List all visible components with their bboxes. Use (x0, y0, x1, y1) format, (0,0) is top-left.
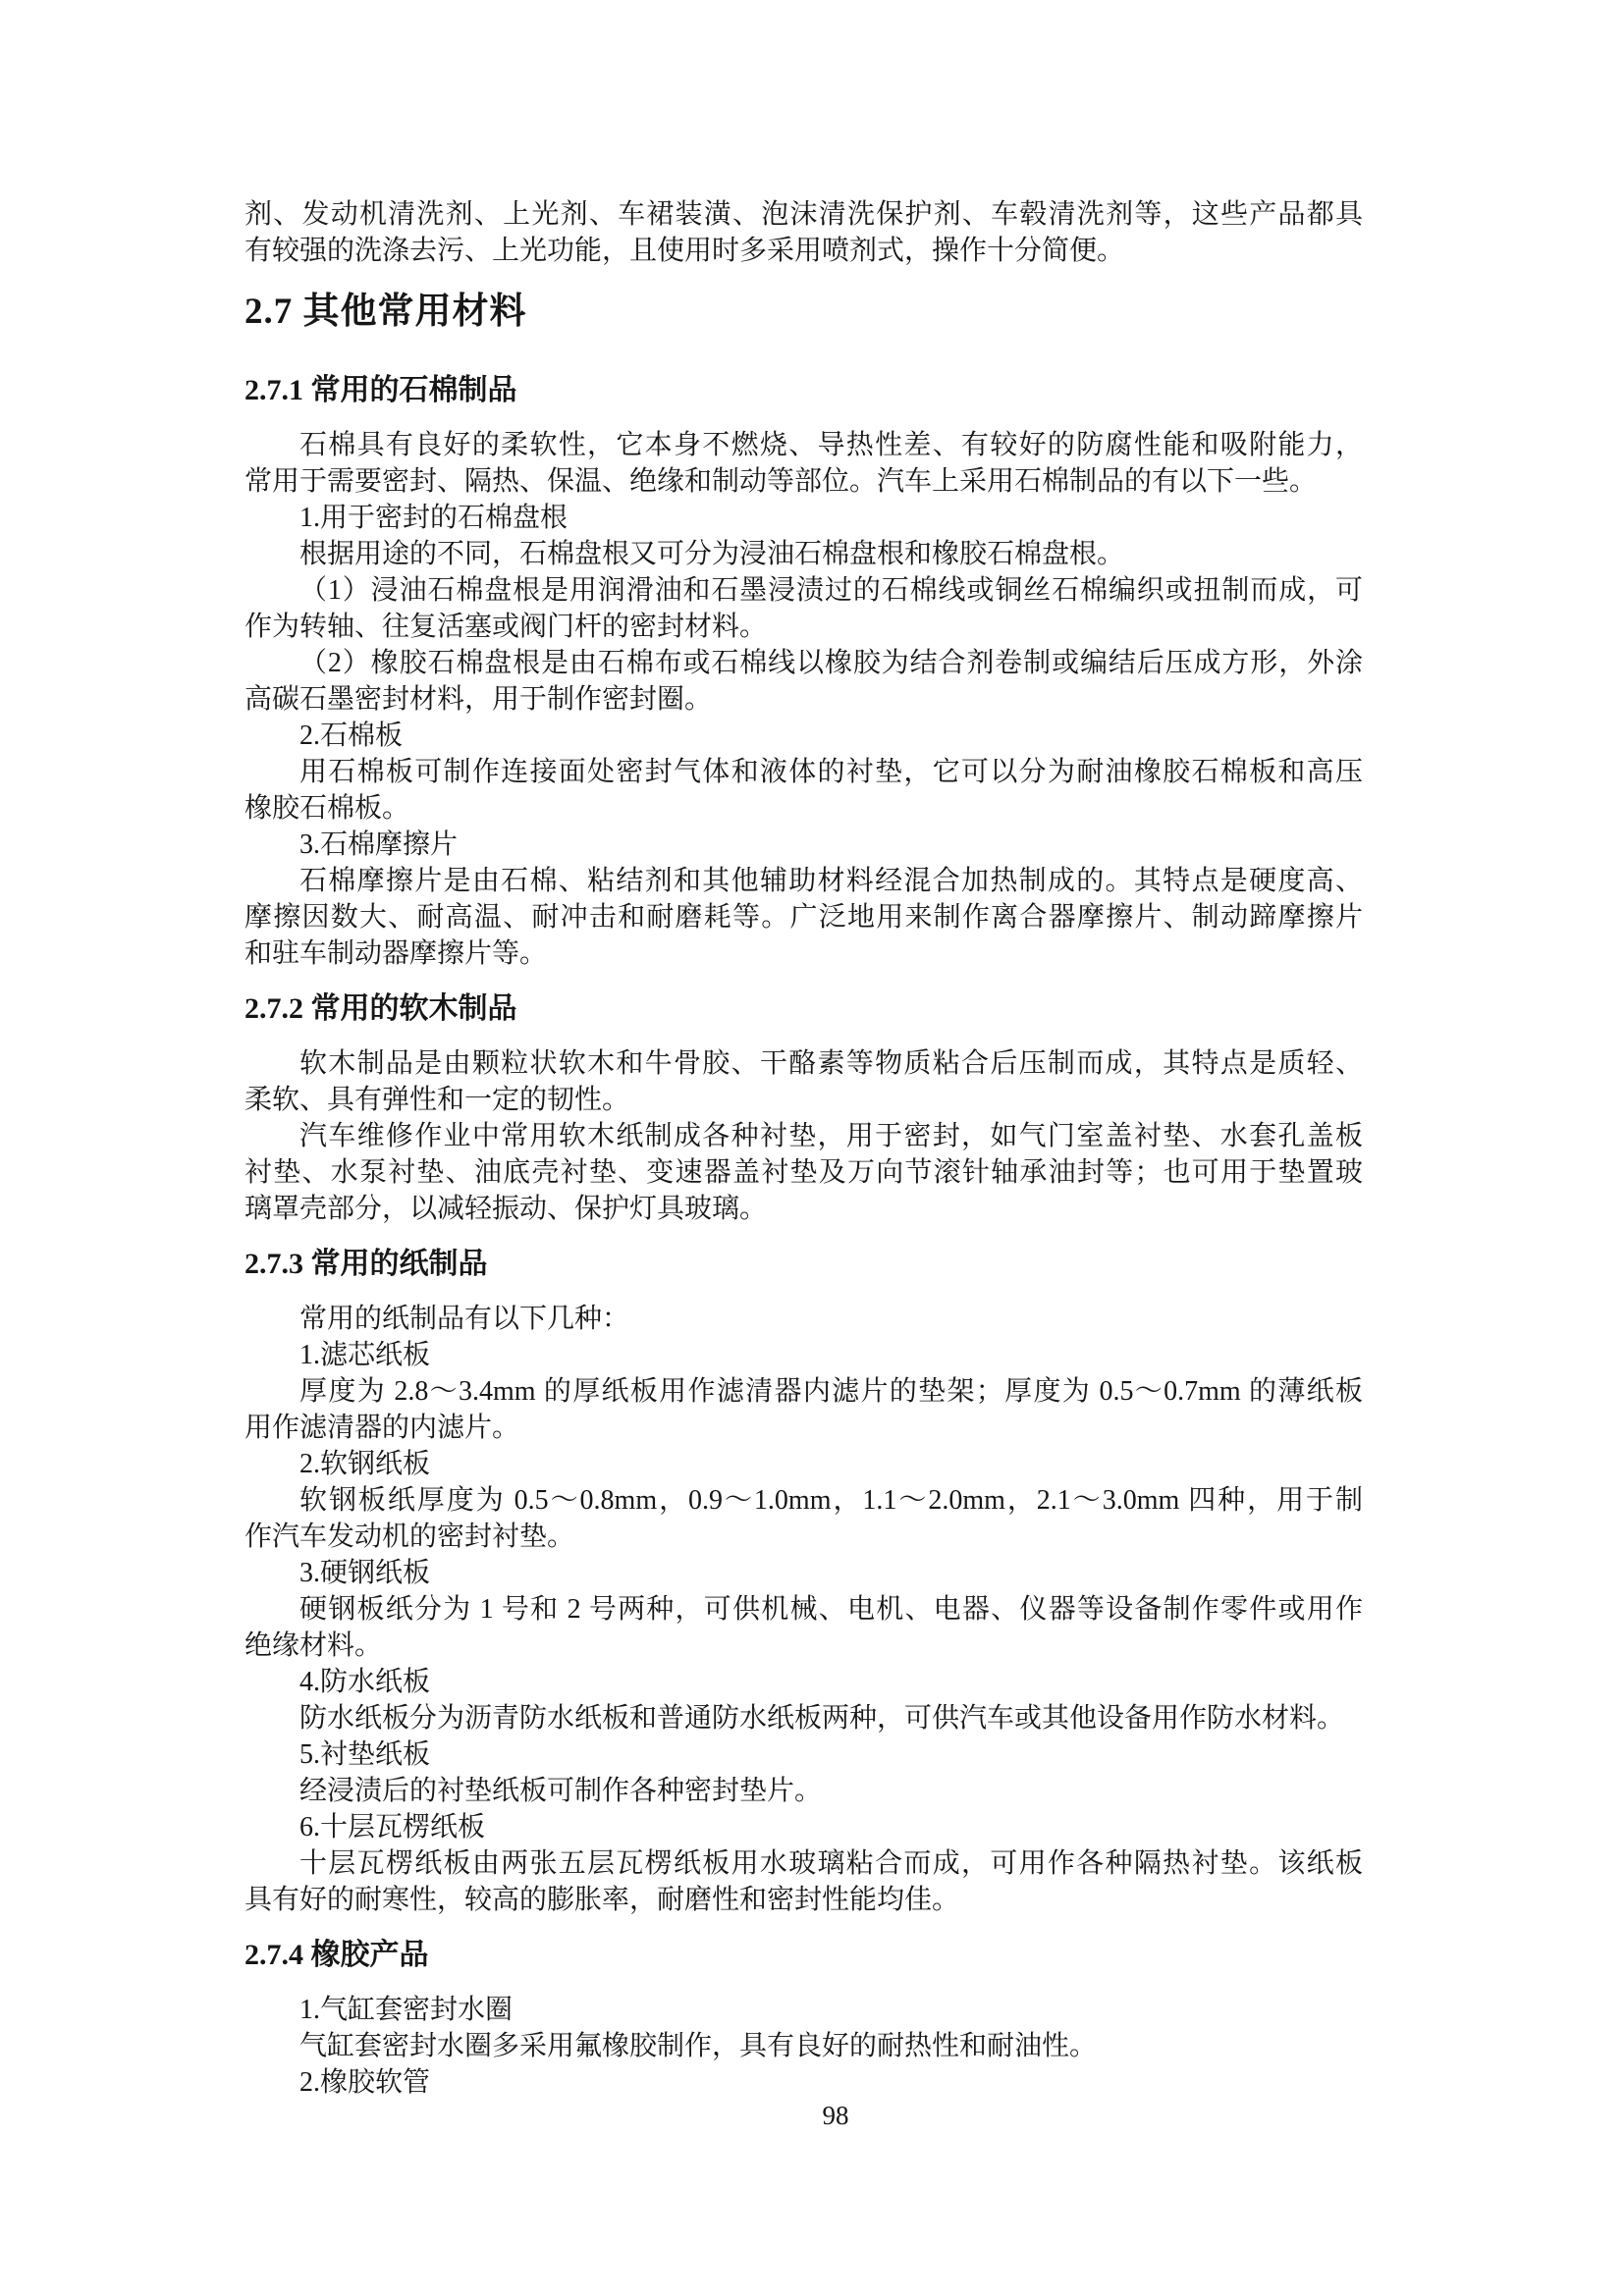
body-line: 1.用于密封的石棉盘根 (244, 500, 1363, 536)
body-line: 3.硬钢纸板 (244, 1555, 1363, 1591)
body-line: 摩擦因数大、耐高温、耐冲击和耐磨耗等。广泛地用来制作离合器摩擦片、制动蹄摩擦片 (244, 899, 1363, 935)
page-number: 98 (791, 2101, 880, 2130)
body-line: 有较强的洗涤去污、上光功能，且使用时多采用喷剂式，操作十分简便。 (244, 233, 1363, 269)
body-line: 2.橡胶软管 (244, 2064, 1363, 2101)
body-line: 3.石棉摩擦片 (244, 827, 1363, 863)
body-line: 用作滤清器的内滤片。 (244, 1410, 1363, 1446)
body-line: 和驻车制动器摩擦片等。 (244, 935, 1363, 972)
body-line: 软木制品是由颗粒状软木和牛骨胶、干酪素等物质粘合后压制而成，其特点是质轻、 (244, 1045, 1363, 1082)
body-line: 用石棉板可制作连接面处密封气体和液体的衬垫，它可以分为耐油橡胶石棉板和高压 (244, 754, 1363, 790)
body-line: 常用于需要密封、隔热、保温、绝缘和制动等部位。汽车上采用石棉制品的有以下一些。 (244, 463, 1363, 500)
body-line: 十层瓦楞纸板由两张五层瓦楞纸板用水玻璃粘合而成，可用作各种隔热衬垫。该纸板 (244, 1845, 1363, 1882)
body-line: 5.衬垫纸板 (244, 1736, 1363, 1773)
document-page: 剂、发动机清洗剂、上光剂、车裙装潢、泡沫清洗保护剂、车毂清洗剂等，这些产品都具有… (0, 0, 1624, 2296)
subsection-title: 2.7.3 常用的纸制品 (244, 1244, 1363, 1285)
body-line: 4.防水纸板 (244, 1664, 1363, 1700)
body-line: 经浸渍后的衬垫纸板可制作各种密封垫片。 (244, 1773, 1363, 1809)
body-line: 2.软钢纸板 (244, 1446, 1363, 1482)
body-line: 高碳石墨密封材料，用于制作密封圈。 (244, 681, 1363, 718)
body-line: 橡胶石棉板。 (244, 790, 1363, 827)
body-line: 1.气缸套密封水圈 (244, 1992, 1363, 2028)
subsection-title: 2.7.4 橡胶产品 (244, 1935, 1363, 1976)
body-line: 石棉具有良好的柔软性，它本身不燃烧、导热性差、有较好的防腐性能和吸附能力， (244, 427, 1363, 463)
body-line: 根据用途的不同，石棉盘根又可分为浸油石棉盘根和橡胶石棉盘根。 (244, 536, 1363, 572)
body-line: 柔软、具有弹性和一定的韧性。 (244, 1082, 1363, 1118)
subsection-title: 2.7.2 常用的软木制品 (244, 988, 1363, 1030)
body-line: 气缸套密封水圈多采用氟橡胶制作，具有良好的耐热性和耐油性。 (244, 2028, 1363, 2064)
body-line: 璃罩壳部分，以减轻振动、保护灯具玻璃。 (244, 1191, 1363, 1227)
body-line: 6.十层瓦楞纸板 (244, 1809, 1363, 1845)
body-line: 作汽车发动机的密封衬垫。 (244, 1519, 1363, 1555)
body-line: 防水纸板分为沥青防水纸板和普通防水纸板两种，可供汽车或其他设备用作防水材料。 (244, 1700, 1363, 1736)
body-line: 具有好的耐寒性，较高的膨胀率，耐磨性和密封性能均佳。 (244, 1882, 1363, 1918)
body-line: 剂、发动机清洗剂、上光剂、车裙装潢、泡沫清洗保护剂、车毂清洗剂等，这些产品都具 (244, 196, 1363, 233)
body-line: 作为转轴、往复活塞或阀门杆的密封材料。 (244, 609, 1363, 645)
body-line: 1.滤芯纸板 (244, 1337, 1363, 1373)
body-line: 衬垫、水泵衬垫、油底壳衬垫、变速器盖衬垫及万向节滚针轴承油封等；也可用于垫置玻 (244, 1154, 1363, 1191)
body-line: 2.石棉板 (244, 718, 1363, 754)
body-line: 绝缘材料。 (244, 1628, 1363, 1664)
body-line: 石棉摩擦片是由石棉、粘结剂和其他辅助材料经混合加热制成的。其特点是硬度高、 (244, 863, 1363, 899)
body-line: （2）橡胶石棉盘根是由石棉布或石棉线以橡胶为结合剂卷制或编结后压成方形，外涂 (244, 645, 1363, 681)
body-line: 厚度为 2.8～3.4mm 的厚纸板用作滤清器内滤片的垫架；厚度为 0.5～0.… (244, 1373, 1363, 1410)
body-line: 汽车维修作业中常用软木纸制成各种衬垫，用于密封，如气门室盖衬垫、水套孔盖板 (244, 1118, 1363, 1154)
page-content: 剂、发动机清洗剂、上光剂、车裙装潢、泡沫清洗保护剂、车毂清洗剂等，这些产品都具有… (244, 196, 1363, 2101)
subsection-title: 2.7.1 常用的石棉制品 (244, 370, 1363, 411)
section-title: 2.7 其他常用材料 (244, 289, 1363, 336)
body-line: 硬钢板纸分为 1 号和 2 号两种，可供机械、电机、电器、仪器等设备制作零件或用… (244, 1591, 1363, 1628)
body-line: （1）浸油石棉盘根是用润滑油和石墨浸渍过的石棉线或铜丝石棉编织或扭制而成，可 (244, 572, 1363, 609)
body-line: 常用的纸制品有以下几种： (244, 1301, 1363, 1337)
body-line: 软钢板纸厚度为 0.5～0.8mm，0.9～1.0mm，1.1～2.0mm，2.… (244, 1482, 1363, 1519)
